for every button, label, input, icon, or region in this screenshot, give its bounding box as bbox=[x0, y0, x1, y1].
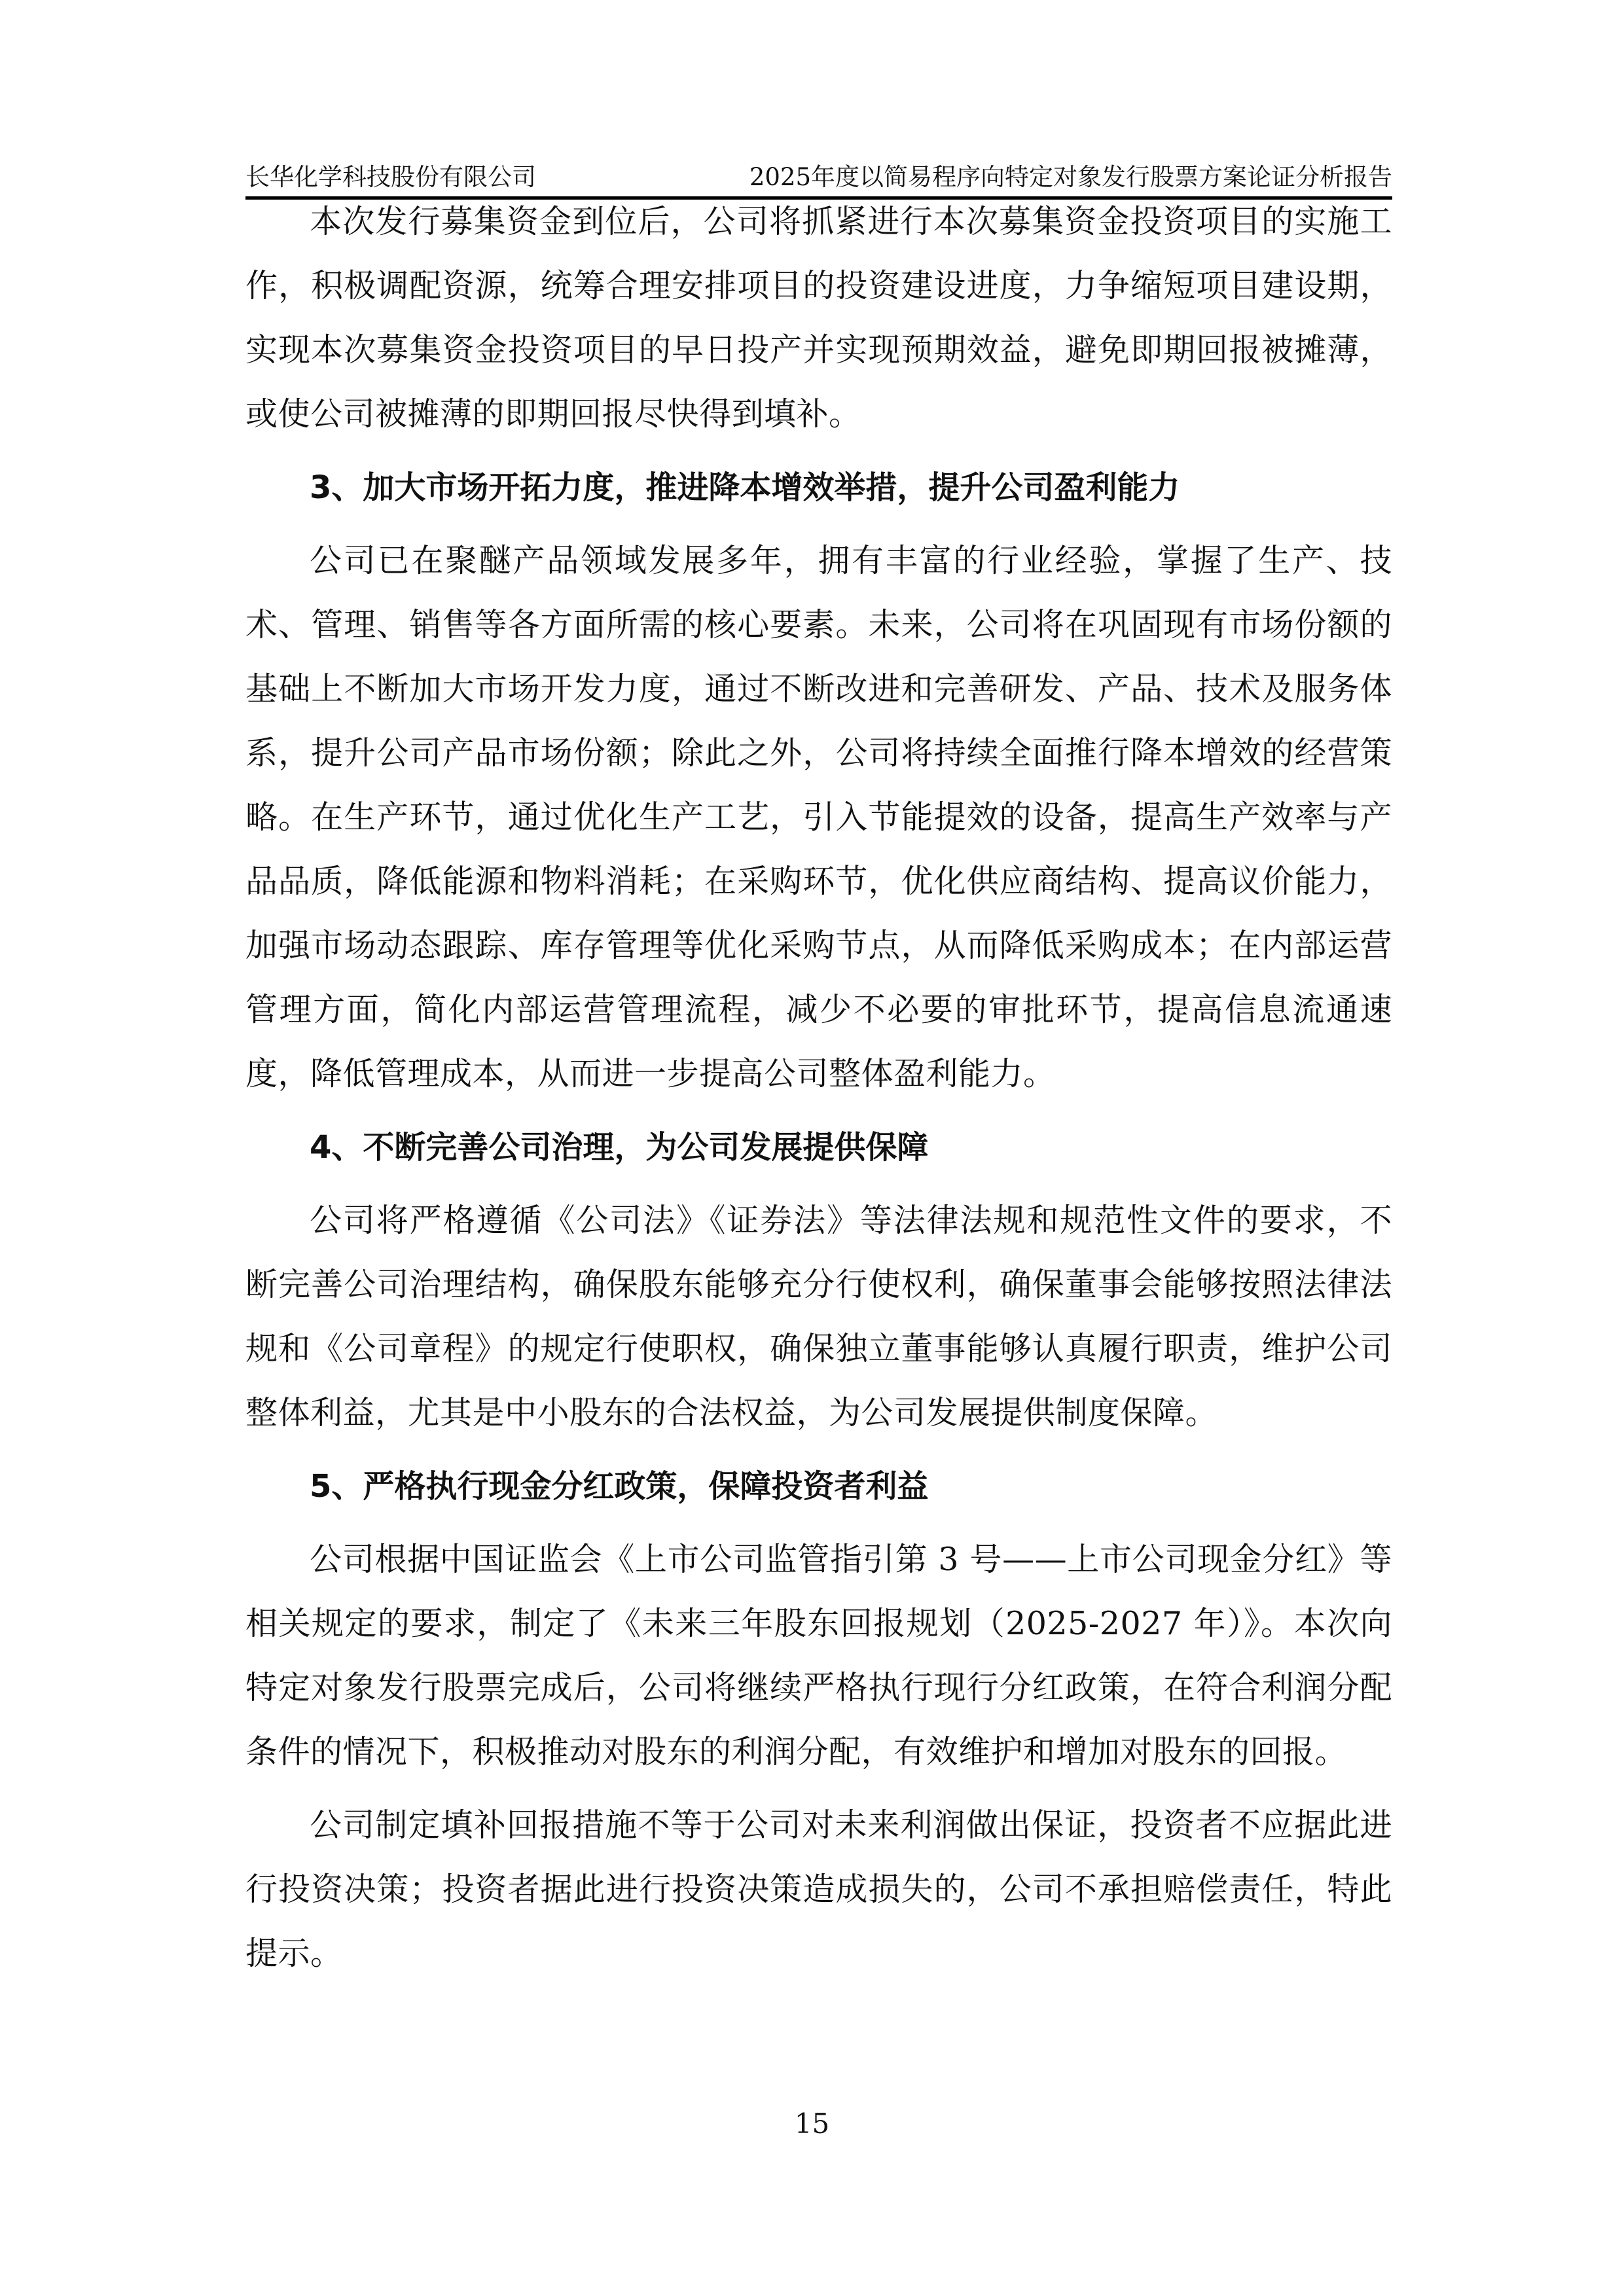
paragraph-spacer bbox=[245, 1784, 1392, 1793]
page-number: 15 bbox=[0, 2108, 1624, 2140]
section-heading-5: 5、严格执行现金分红政策，保障投资者利益 bbox=[245, 1454, 1392, 1518]
header-company-name: 长华化学科技股份有限公司 bbox=[245, 161, 536, 194]
section-heading-3: 3、加大市场开拓力度，推进降本增效举措，提升公司盈利能力 bbox=[245, 456, 1392, 520]
section-3-paragraph: 公司已在聚醚产品领域发展多年，拥有丰富的行业经验，掌握了生产、技术、管理、销售等… bbox=[245, 529, 1392, 1106]
section-heading-4: 4、不断完善公司治理，为公司发展提供保障 bbox=[245, 1115, 1392, 1179]
intro-paragraph: 本次发行募集资金到位后，公司将抓紧进行本次募集资金投资项目的实施工作，积极调配资… bbox=[245, 190, 1392, 446]
section-4-paragraph: 公司将严格遵循《公司法》《证券法》等法律法规和规范性文件的要求，不断完善公司治理… bbox=[245, 1189, 1392, 1445]
section-5-paragraph: 公司根据中国证监会《上市公司监管指引第 3 号——上市公司现金分红》等相关规定的… bbox=[245, 1528, 1392, 1784]
header-report-title: 2025年度以简易程序向特定对象发行股票方案论证分析报告 bbox=[749, 161, 1392, 194]
closing-paragraph: 公司制定填补回报措施不等于公司对未来利润做出保证，投资者不应据此进行投资决策；投… bbox=[245, 1793, 1392, 1986]
document-body: 本次发行募集资金到位后，公司将抓紧进行本次募集资金投资项目的实施工作，积极调配资… bbox=[245, 190, 1392, 1986]
